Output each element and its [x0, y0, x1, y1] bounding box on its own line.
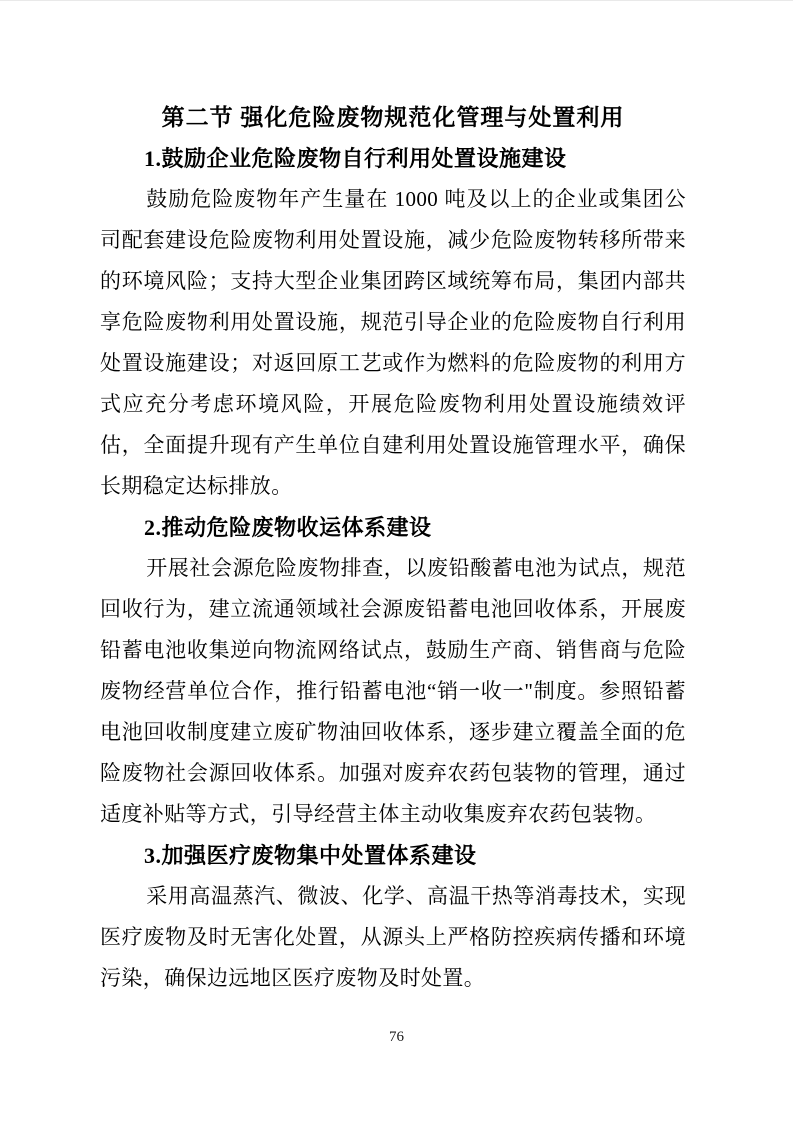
subsection-heading-2: 2.推动危险废物收运体系建设 — [100, 507, 686, 548]
paragraph-2: 开展社会源危险废物排查，以废铅酸蓄电池为试点，规范回收行为，建立流通领域社会源废… — [100, 548, 686, 835]
document-page: 第二节 强化危险废物规范化管理与处置利用 1.鼓励企业危险废物自行利用处置设施建… — [0, 0, 793, 1122]
section-title: 第二节 强化危险废物规范化管理与处置利用 — [100, 97, 686, 138]
page-number: 76 — [0, 1029, 793, 1046]
subsection-heading-3: 3.加强医疗废物集中处置体系建设 — [100, 835, 686, 876]
paragraph-1: 鼓励危险废物年产生量在 1000 吨及以上的企业或集团公司配套建设危险废物利用处… — [100, 179, 686, 507]
subsection-heading-1: 1.鼓励企业危险废物自行利用处置设施建设 — [100, 138, 686, 179]
paragraph-3: 采用高温蒸汽、微波、化学、高温干热等消毒技术，实现医疗废物及时无害化处置，从源头… — [100, 876, 686, 999]
page-content: 第二节 强化危险废物规范化管理与处置利用 1.鼓励企业危险废物自行利用处置设施建… — [100, 97, 686, 999]
